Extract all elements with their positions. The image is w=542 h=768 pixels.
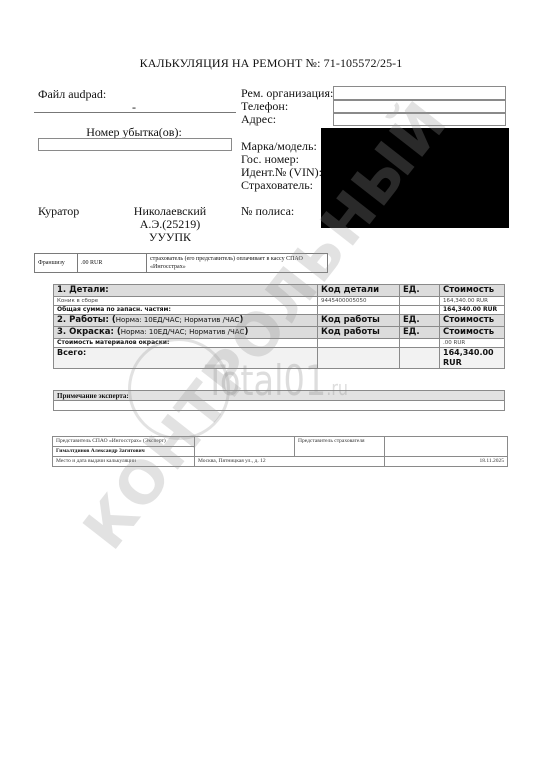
works-header: 2. Работы: (Норма: 10ЕД/ЧАС; Норматив /Ч… bbox=[54, 315, 318, 327]
curator-label: Куратор bbox=[38, 205, 79, 218]
works-header-row: 2. Работы: (Норма: 10ЕД/ЧАС; Норматив /Ч… bbox=[54, 315, 505, 327]
paint-materials-row: Стоимость материалов окраски: .00 RUR bbox=[54, 339, 505, 348]
place-value: Москва, Пятницкая ул., д. 12 bbox=[195, 457, 385, 467]
parts-header: 1. Детали: bbox=[54, 285, 318, 297]
document-title: КАЛЬКУЛЯЦИЯ НА РЕМОНТ №: 71-105572/25-1 bbox=[0, 56, 542, 71]
paint-cost-header: Стоимость bbox=[440, 327, 505, 339]
policyholder-signature-cell bbox=[385, 437, 508, 457]
policy-label: № полиса: bbox=[241, 205, 294, 218]
paint-header: 3. Окраска: (Норма: 10ЕД/ЧАС; Норматив /… bbox=[54, 327, 318, 339]
file-underline bbox=[34, 112, 236, 113]
paint-materials-value: .00 RUR bbox=[440, 339, 505, 348]
works-norm: Норма: 10ЕД/ЧАС; Норматив /ЧАС bbox=[116, 316, 240, 324]
curator-name-line3: УУУПК bbox=[118, 231, 222, 244]
part-unit-header: ЕД. bbox=[400, 285, 440, 297]
redaction-block bbox=[321, 128, 509, 228]
policyholder-rep-label: Представитель страхователя bbox=[295, 437, 385, 457]
paint-materials-label: Стоимость материалов окраски: bbox=[54, 339, 318, 348]
repair-org-field bbox=[333, 86, 506, 100]
part-code-header: Код детали bbox=[318, 285, 400, 297]
parts-total-label: Общая сумма по запасн. частям: bbox=[54, 306, 318, 315]
file-label: Файл audpad: bbox=[38, 88, 106, 101]
paint-unit-header: ЕД. bbox=[400, 327, 440, 339]
work-code-header: Код работы bbox=[318, 315, 400, 327]
part-cost: 164,340.00 RUR bbox=[440, 297, 505, 306]
part-name: Коник в сборе bbox=[54, 297, 318, 306]
franchise-note: страхователь (его представитель) оплачив… bbox=[147, 254, 328, 273]
insurer-rep-label: Представитель СПАО «Ингосстрах» (Эксперт… bbox=[53, 437, 195, 447]
address-label: Адрес: bbox=[241, 113, 276, 126]
paint-header-row: 3. Окраска: (Норма: 10ЕД/ЧАС; Норматив /… bbox=[54, 327, 505, 339]
address-field bbox=[333, 113, 506, 126]
work-unit-header: ЕД. bbox=[400, 315, 440, 327]
grand-total-label: Всего: bbox=[54, 348, 318, 369]
phone-field bbox=[333, 100, 506, 113]
place-date-label: Место и дата выдачи калькуляции bbox=[53, 457, 195, 467]
parts-header-row: 1. Детали: Код детали ЕД. Стоимость bbox=[54, 285, 505, 297]
paint-code-header: Код работы bbox=[318, 327, 400, 339]
part-unit bbox=[400, 297, 440, 306]
table-row: Коник в сборе 9445400005050 164,340.00 R… bbox=[54, 297, 505, 306]
document-page: КАЛЬКУЛЯЦИЯ НА РЕМОНТ №: 71-105572/25-1 … bbox=[0, 0, 542, 768]
franchise-table: Франшизу .00 RUR страхователь (его предс… bbox=[34, 253, 328, 273]
parts-total-value: 164,340.00 RUR bbox=[440, 306, 505, 315]
expert-note-table: Примечание эксперта: bbox=[53, 390, 505, 411]
paint-norm: Норма: 10ЕД/ЧАС; Норматив /ЧАС bbox=[121, 328, 245, 336]
part-cost-header: Стоимость bbox=[440, 285, 505, 297]
loss-number-field bbox=[38, 138, 232, 151]
expert-note-label: Примечание эксперта: bbox=[54, 391, 505, 401]
signature-table: Представитель СПАО «Ингосстрах» (Эксперт… bbox=[52, 436, 508, 467]
grand-total-value: 164,340.00 RUR bbox=[440, 348, 505, 369]
date-value: 18.11.2025 bbox=[385, 457, 508, 467]
insurer-rep-name: Гималтдинов Александр Загитович bbox=[53, 447, 195, 457]
calculation-table: 1. Детали: Код детали ЕД. Стоимость Кони… bbox=[53, 284, 505, 369]
insured-label: Страхователь: bbox=[241, 179, 313, 192]
grand-total-row: Всего: 164,340.00 RUR bbox=[54, 348, 505, 369]
part-code: 9445400005050 bbox=[318, 297, 400, 306]
work-cost-header: Стоимость bbox=[440, 315, 505, 327]
parts-total-row: Общая сумма по запасн. частям: 164,340.0… bbox=[54, 306, 505, 315]
expert-note-value bbox=[54, 401, 505, 411]
franchise-label: Франшизу bbox=[35, 254, 78, 273]
insurer-signature-cell bbox=[195, 437, 295, 457]
franchise-amount: .00 RUR bbox=[78, 254, 147, 273]
